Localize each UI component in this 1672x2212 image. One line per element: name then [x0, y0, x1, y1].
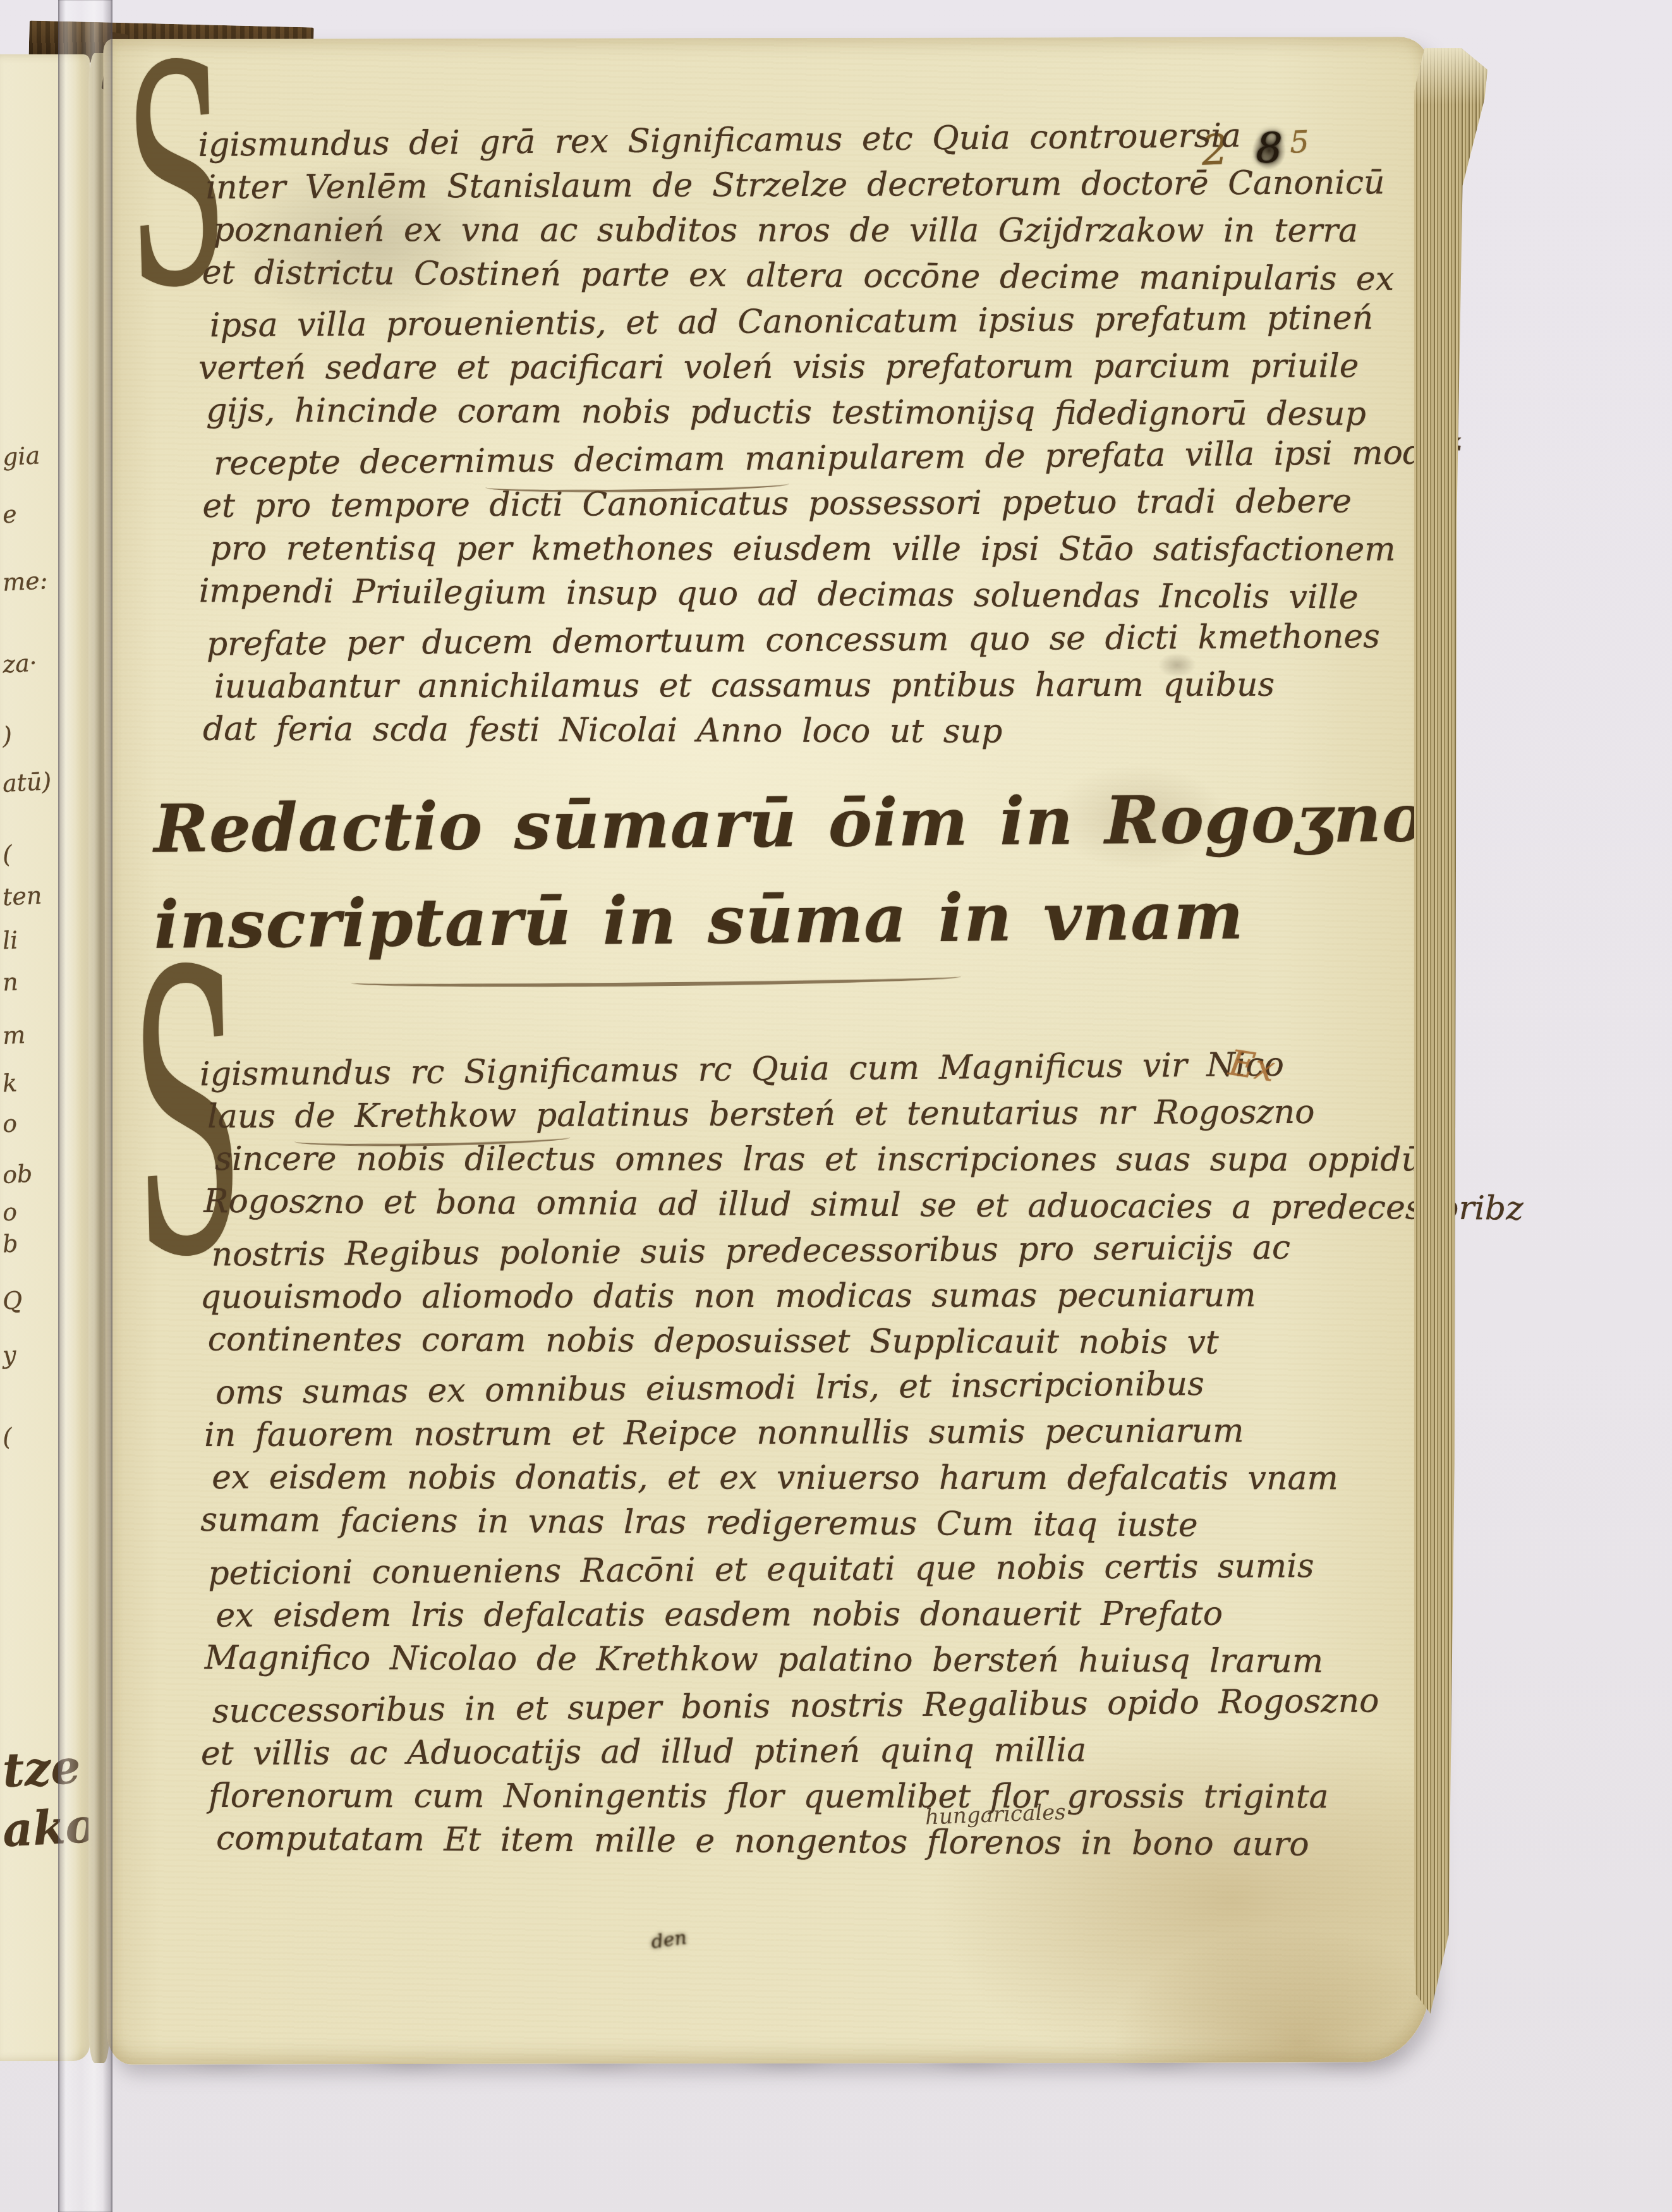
manuscript-photo: giaeme:za·)atū)(tenlinmkoobobQy(tzeakow …	[0, 0, 1672, 2212]
text-fragment: k	[2, 1069, 18, 1097]
text-fragment: (	[2, 841, 13, 869]
text-fragment: ten	[2, 881, 42, 911]
manuscript-line: nostris Regibus polonie suis predecessor…	[211, 1224, 1524, 1278]
text-fragment: o	[2, 1198, 18, 1226]
interlinear-addition: hungaricales	[924, 1799, 1066, 1830]
manuscript-line: computatam Et item mille e nongentos flo…	[216, 1816, 1525, 1869]
manuscript-line: recepte decernimus decimam manipularem d…	[214, 430, 1459, 487]
manuscript-line: Magnifico Nicolao de Krethkow palatino b…	[205, 1635, 1524, 1685]
text-fragment: za·	[2, 649, 38, 679]
heading-line: Redactio sūmarū ōim in Rogoʒno	[154, 770, 1427, 878]
heading-line: inscriptarū in sūma in vnam	[154, 866, 1427, 974]
manuscript-line: ex eisdem nobis donatis, et ex vniuerso …	[212, 1455, 1524, 1501]
entry-1-text: igismundus dei grā rex Significamus etc …	[205, 116, 1459, 755]
manuscript-line: et pro tempore dicti Canonicatus possess…	[202, 478, 1459, 529]
text-fragment: gia	[2, 441, 40, 471]
manuscript-line: oms sumas ex omnibus eiusmodi lris, et i…	[215, 1358, 1524, 1416]
manuscript-line: inter Venlēm Stanislaum de Strzelze decr…	[205, 160, 1458, 210]
manuscript-line: igismundus rc Significamus rc Quia cum M…	[200, 1040, 1524, 1097]
text-fragment: Q	[2, 1286, 23, 1315]
manuscript-line: et villis ac Aduocatijs ad illud ptineń …	[201, 1725, 1525, 1777]
manuscript-line: successoribus in et super bonis nostris …	[212, 1677, 1525, 1734]
manuscript-line: Rogoszno et bona omnia ad illud simul se…	[203, 1179, 1524, 1232]
heading-underline-flourish	[351, 969, 961, 989]
manuscript-line: ipsa villa prouenientis, et ad Canonicat…	[210, 295, 1459, 348]
manuscript-line: sumam faciens in vnas lras redigeremus C…	[200, 1497, 1524, 1550]
manuscript-line: gijs, hincinde coram nobis pductis testi…	[206, 388, 1459, 437]
manuscript-line: florenorum cum Noningentis flor quemlibe…	[209, 1773, 1524, 1820]
manuscript-line: peticioni conueniens Racōni et equitati …	[208, 1542, 1524, 1596]
entry-heading: Redactio sūmarū ōim in Rogoʒno inscripta…	[154, 775, 1426, 969]
ink-smudge-mark: den	[650, 1926, 688, 1954]
manuscript-line: igismundus dei grā rex Significamus etc …	[198, 111, 1458, 168]
text-fragment: b	[2, 1229, 19, 1258]
text-fragment: )	[2, 722, 13, 750]
manuscript-line: et districtu Costineń parte ex altera oc…	[202, 250, 1459, 302]
manuscript-line: verteń sedare et pacificari voleń visis …	[198, 343, 1459, 391]
margin-note: Ex	[1226, 1042, 1278, 1090]
text-fragment: atū)	[2, 767, 52, 798]
manuscript-line: poznanień ex vna ac subditos nros de vil…	[214, 207, 1459, 253]
entry-2-text: igismundus rc Significamus rc Quia cum M…	[207, 1045, 1524, 1866]
manuscript-line: iuuabantur annichilamus et cassamus pnti…	[214, 662, 1460, 709]
text-fragment: y	[2, 1340, 17, 1369]
text-fragment: n	[2, 968, 19, 996]
manuscript-line: impendi Priuilegium insup quo ad decimas…	[199, 568, 1460, 621]
text-fragment: li	[2, 926, 19, 954]
text-fragment: me:	[2, 566, 49, 597]
text-fragment: (	[2, 1423, 13, 1452]
text-fragment: ob	[2, 1160, 33, 1189]
manuscript-line: dat feria scda festi Nicolai Anno loco u…	[203, 707, 1460, 756]
manuscript-line: pro retentisq per kmethones eiusdem vill…	[210, 526, 1460, 572]
text-fragment: o	[2, 1109, 18, 1138]
text-fragment: e	[2, 500, 18, 528]
manuscript-line: laus de Krethkow palatinus bersteń et te…	[207, 1088, 1524, 1139]
manuscript-line: in fauorem nostrum et Reipce nonnullis s…	[204, 1407, 1524, 1458]
manuscript-line: prefate per ducem demortuum concessum qu…	[207, 613, 1460, 667]
plexiglass-rod	[58, 0, 112, 2212]
manuscript-page: 285 S igismundus dei grā rex Significamu…	[103, 37, 1431, 2065]
manuscript-line: ex eisdem lris defalcatis easdem nobis d…	[215, 1591, 1524, 1639]
manuscript-line: continentes coram nobis deposuisset Supp…	[208, 1316, 1524, 1366]
manuscript-line: quouismodo aliomodo datis non modicas su…	[200, 1272, 1524, 1320]
text-fragment: m	[2, 1021, 26, 1050]
